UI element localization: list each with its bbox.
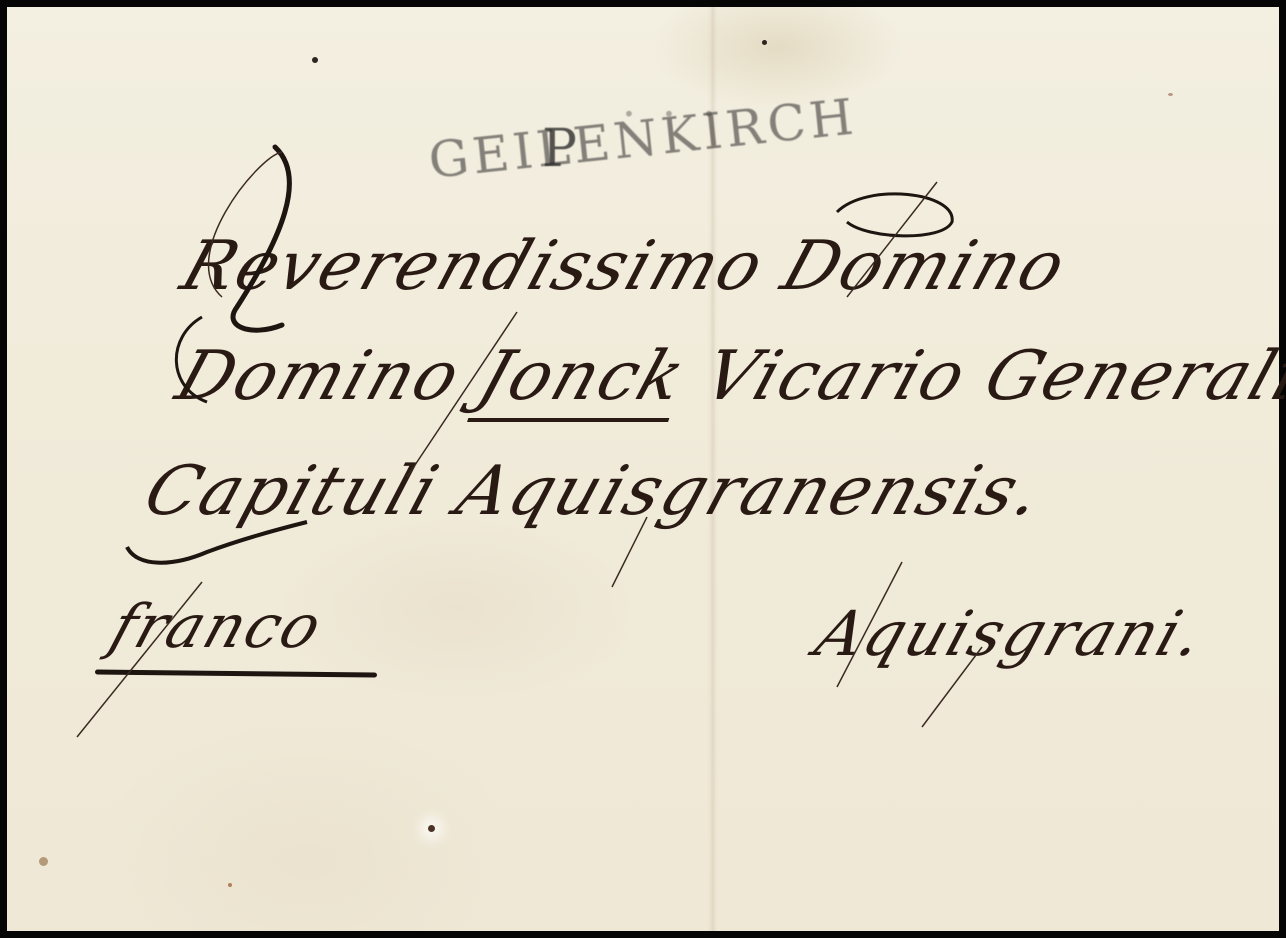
address-line-chapter: Capituli Aquisgranensis.: [135, 452, 1053, 531]
foxing-spot: [228, 883, 232, 887]
letter-cover: · · · P GEILENKIRCH Reverendissimo Domin…: [7, 7, 1279, 931]
scan-frame: · · · P GEILENKIRCH Reverendissimo Domin…: [0, 0, 1286, 938]
foxing-spot: [39, 857, 48, 866]
recipient-title: Domino: [167, 337, 471, 416]
foxing-spot: [1168, 93, 1173, 96]
ink-speck: [762, 40, 767, 45]
ink-speck: [428, 825, 435, 832]
address-line-recipient: Domino Jonck Vicario Generali: [167, 337, 1286, 416]
franco-annotation: franco: [102, 592, 332, 662]
destination-city: Aquisgrani.: [807, 597, 1215, 670]
ink-speck: [312, 57, 318, 63]
recipient-office: Vicario Generali: [694, 337, 1286, 416]
address-line-salutation: Reverendissimo Domino: [172, 227, 1077, 306]
franco-underline: [95, 670, 377, 678]
recipient-name: Jonck: [467, 337, 696, 422]
